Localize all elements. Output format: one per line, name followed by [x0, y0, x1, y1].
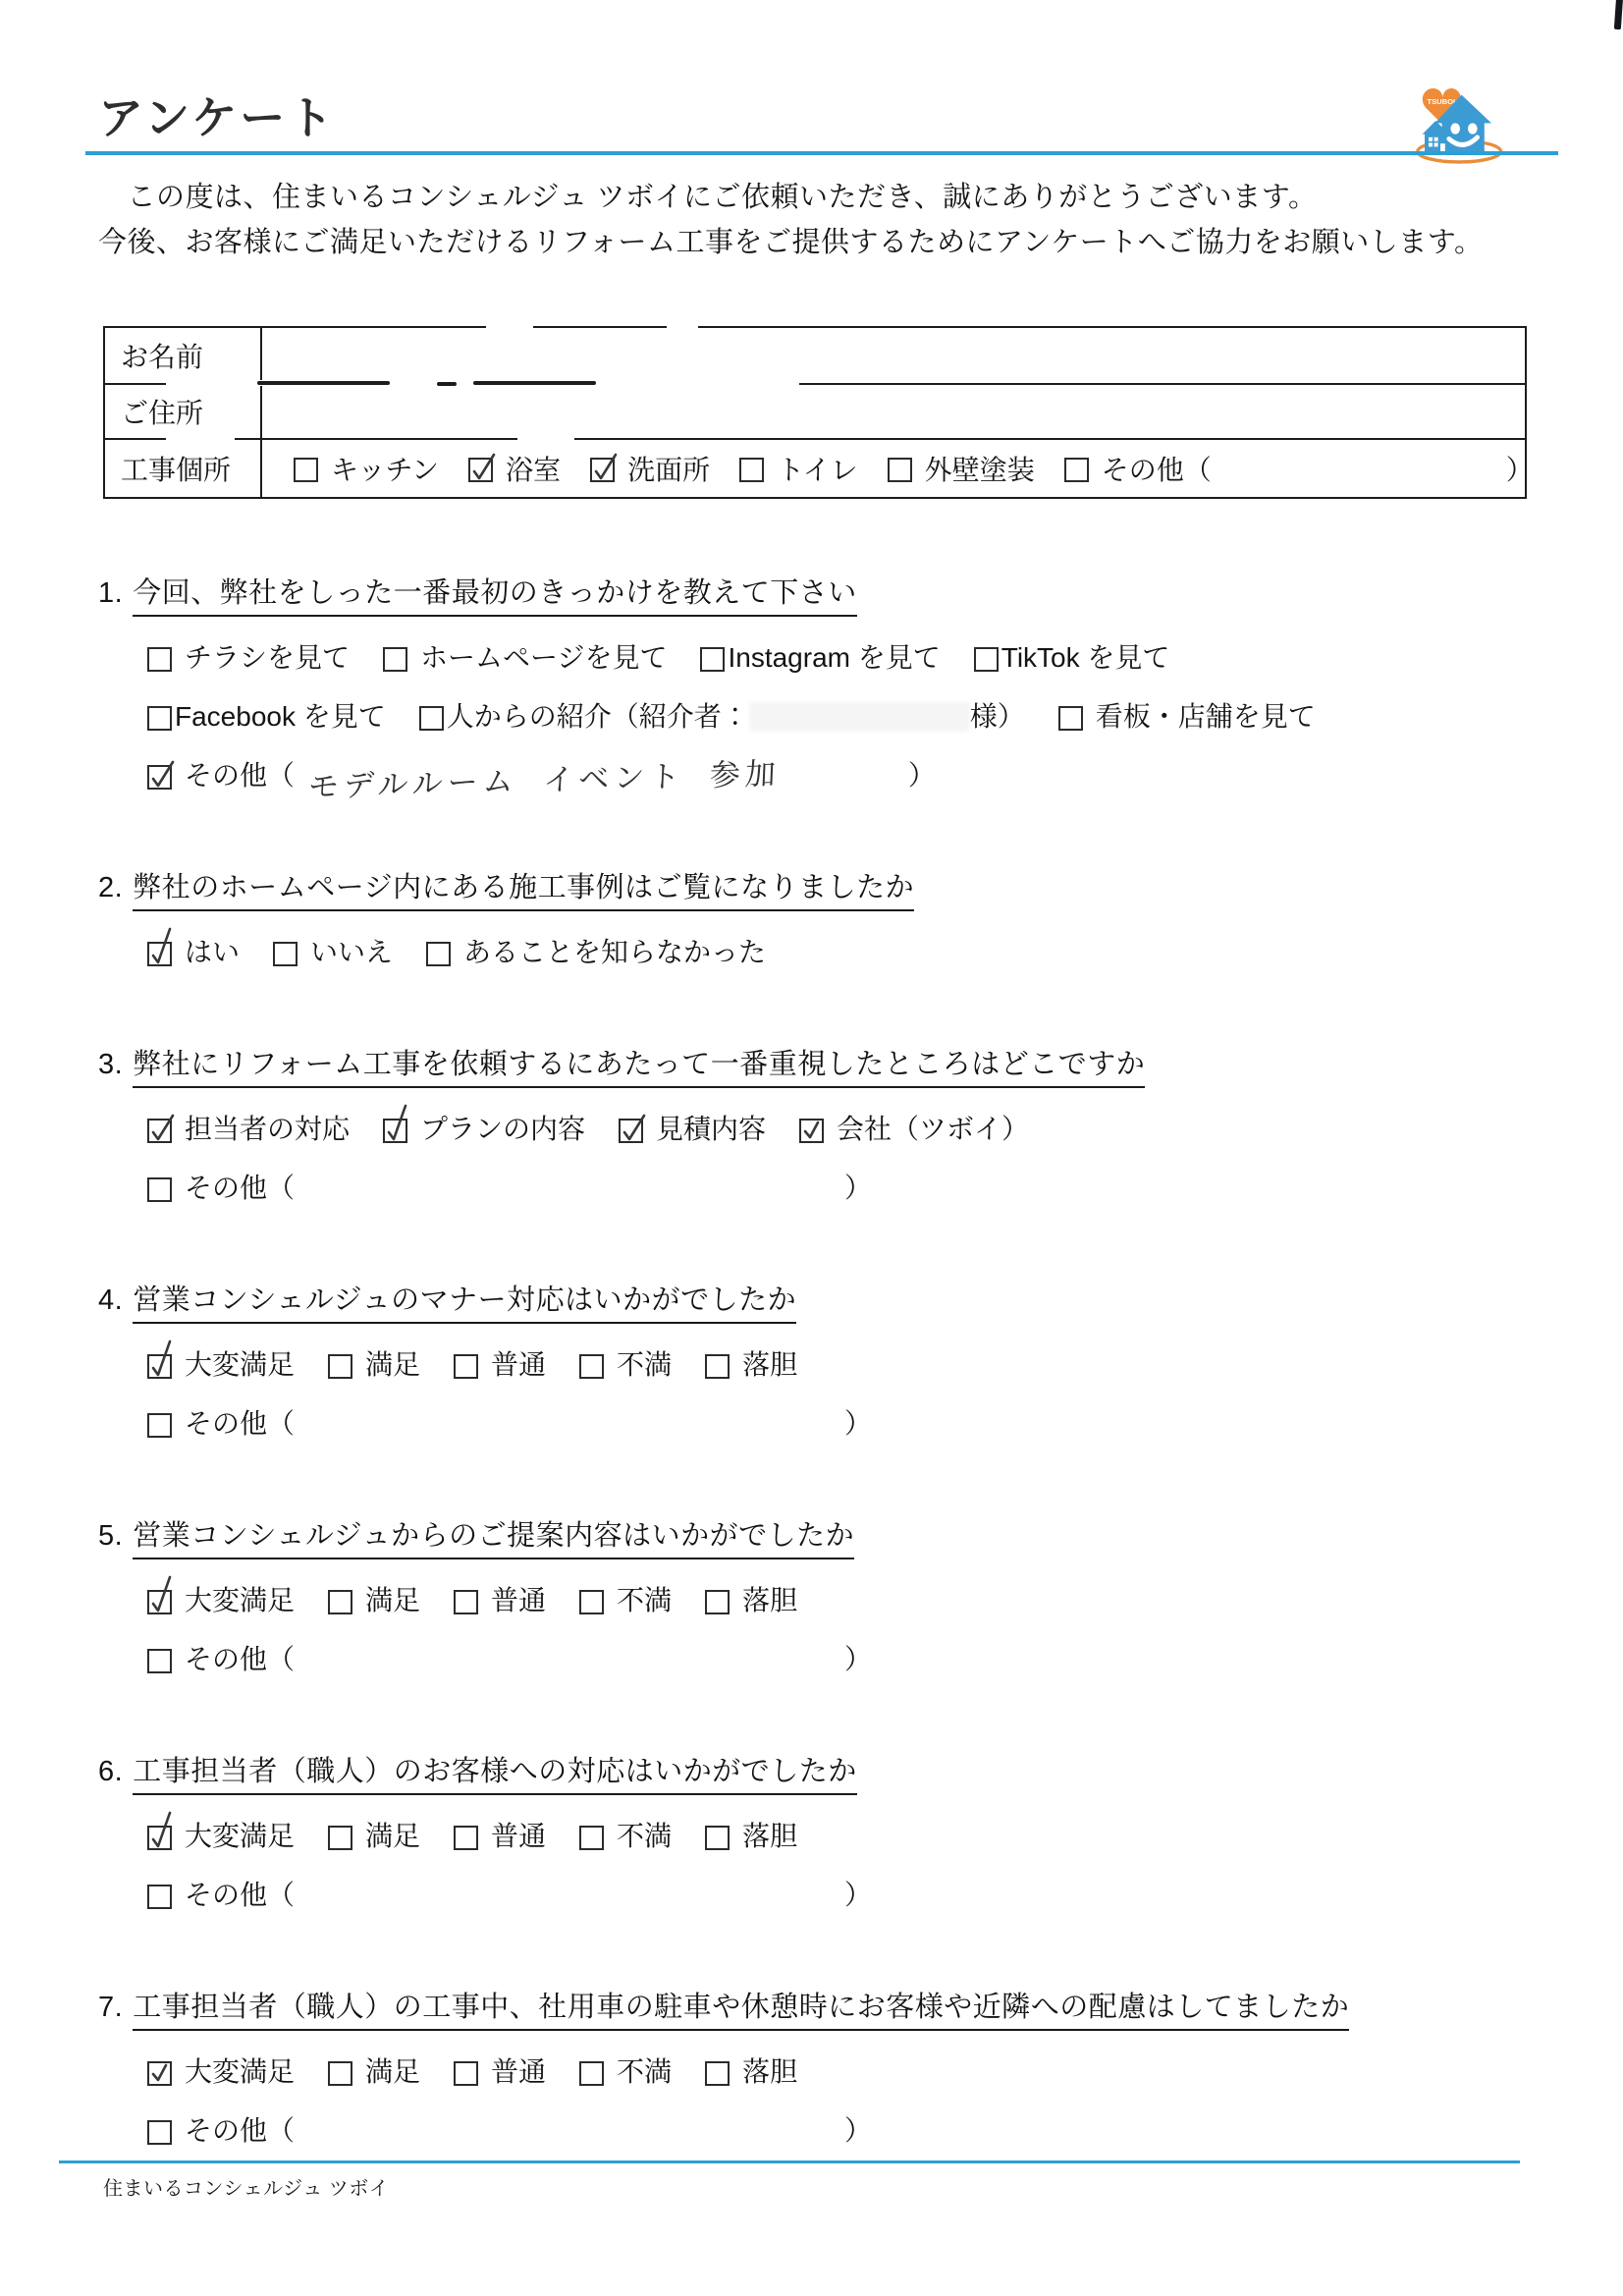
question-7: 7.工事担当者（職人）の工事中、社用車の駐車や休憩時にお客様や近隣への配慮はして… — [98, 1990, 1554, 2149]
checkbox-option[interactable]: 洗面所 — [590, 449, 710, 488]
option-label: 不満 — [617, 1819, 672, 1854]
option-label: 大変満足 — [185, 1819, 295, 1854]
checkbox-option[interactable]: Instagram を見て — [700, 640, 940, 676]
checkbox[interactable] — [328, 1354, 352, 1379]
option-suffix: ） — [844, 1406, 872, 1442]
option-label: いいえ — [310, 935, 393, 970]
checkbox-checked[interactable] — [799, 1119, 824, 1143]
checkbox[interactable] — [147, 1885, 172, 1909]
intro-text: この度は、住まいるコンシェルジュ ツボイにご依頼いただき、誠にありがとうございま… — [98, 175, 1554, 265]
option-suffix: ） — [844, 2113, 872, 2149]
option-label: 大変満足 — [185, 1347, 295, 1383]
question-heading: 2.弊社のホームページ内にある施工事例はご覧になりましたか — [98, 870, 1554, 911]
address-value-field[interactable] — [262, 385, 1525, 438]
checkbox-option[interactable]: その他（） — [147, 1171, 872, 1206]
option-label: Instagram を見て — [728, 640, 940, 676]
question-number: 6. — [98, 1754, 123, 1789]
checkbox-option[interactable]: 普通 — [454, 1583, 546, 1618]
question-title: 弊社のホームページ内にある施工事例はご覧になりましたか — [133, 870, 914, 911]
checkbox-option[interactable]: 担当者の対応 — [147, 1112, 350, 1147]
work-location-options: キッチン浴室洗面所トイレ外壁塗装その他（） — [262, 440, 1534, 497]
checkbox-option[interactable]: 看板・店舗を見て — [1058, 699, 1316, 735]
question-number: 3. — [98, 1047, 123, 1082]
checkbox[interactable] — [419, 706, 444, 731]
question-heading: 4.営業コンシェルジュのマナー対応はいかがでしたか — [98, 1283, 1554, 1324]
checkbox-checked[interactable] — [147, 1354, 172, 1379]
checkbox[interactable] — [705, 1590, 730, 1614]
checkbox-option[interactable]: 満足 — [328, 2054, 420, 2090]
option-label: 外壁塗装 — [925, 449, 1035, 488]
name-value-field[interactable] — [262, 328, 1525, 383]
checkbox[interactable] — [579, 1826, 604, 1850]
checkbox-checked[interactable] — [147, 2061, 172, 2086]
checkbox-option[interactable]: 不満 — [579, 1819, 672, 1854]
handwritten-check-icon — [149, 1356, 171, 1378]
option-label: 不満 — [617, 1347, 672, 1383]
scanned-survey-sheet: TSUBOI アンケート この度は、住まいるコンシェルジュ ツボイにご依頼いただ… — [0, 0, 1623, 2296]
redaction-mark — [257, 381, 390, 385]
question-6: 6.工事担当者（職人）のお客様への対応はいかがでしたか大変満足満足普通不満落胆そ… — [98, 1754, 1554, 1913]
question-3: 3.弊社にリフォーム工事を依頼するにあたって一番重視したところはどこですか担当者… — [98, 1047, 1554, 1206]
option-row: その他（モデルルーム イベント 参加） — [98, 758, 1554, 793]
checkbox-option[interactable]: その他（） — [147, 1642, 872, 1677]
option-suffix: ） — [844, 1878, 872, 1913]
checkbox[interactable] — [294, 458, 318, 482]
question-heading: 5.営業コンシェルジュからのご提案内容はいかがでしたか — [98, 1518, 1554, 1559]
option-label: 看板・店舗を見て — [1096, 699, 1316, 735]
option-label: Facebook を見て — [175, 699, 386, 735]
redaction-patch — [667, 325, 698, 331]
checkbox[interactable] — [383, 647, 407, 672]
question-number: 1. — [98, 575, 123, 611]
question-number: 7. — [98, 1990, 123, 2025]
handwritten-check-icon — [801, 1121, 823, 1142]
handwritten-check-icon — [621, 1121, 642, 1142]
question-5: 5.営業コンシェルジュからのご提案内容はいかがでしたか大変満足満足普通不満落胆そ… — [98, 1518, 1554, 1677]
handwritten-check-icon — [149, 944, 171, 965]
option-label: 満足 — [365, 1347, 420, 1383]
option-label: 浴室 — [506, 449, 561, 488]
option-row: その他（） — [98, 2113, 1554, 2149]
option-label: TikTok を見て — [1001, 640, 1170, 676]
checkbox-option[interactable]: いいえ — [273, 935, 393, 970]
checkbox-option[interactable]: キッチン — [294, 449, 439, 488]
option-label: その他（ — [185, 1642, 295, 1677]
option-label: 不満 — [617, 2054, 672, 2090]
question-heading: 7.工事担当者（職人）の工事中、社用車の駐車や休憩時にお客様や近隣への配慮はして… — [98, 1990, 1554, 2031]
option-row: 大変満足満足普通不満落胆 — [98, 1583, 1554, 1618]
checkbox[interactable] — [1064, 458, 1089, 482]
checkbox[interactable] — [147, 1649, 172, 1673]
checkbox-option[interactable]: トイレ — [739, 449, 858, 488]
option-label: 落胆 — [742, 2054, 797, 2090]
checkbox-option[interactable]: あることを知らなかった — [426, 935, 766, 970]
checkbox-option[interactable]: 浴室 — [468, 449, 561, 488]
option-label: 人からの紹介（紹介者： — [447, 699, 749, 735]
checkbox-option[interactable]: はい — [147, 935, 240, 970]
option-label: 普通 — [491, 1583, 546, 1618]
option-row: はいいいえあることを知らなかった — [98, 935, 1554, 970]
checkbox[interactable] — [426, 942, 451, 966]
checkbox-option[interactable]: 満足 — [328, 1819, 420, 1854]
question-title: 今回、弊社をしった一番最初のきっかけを教えて下さい — [133, 575, 857, 617]
checkbox-checked[interactable] — [147, 1826, 172, 1850]
option-suffix: ） — [1506, 449, 1534, 488]
option-label: キッチン — [331, 449, 439, 488]
option-row: その他（） — [98, 1642, 1554, 1677]
checkbox[interactable] — [579, 2061, 604, 2086]
option-label: その他（ — [185, 758, 295, 793]
option-label: ホームページを見て — [420, 640, 667, 676]
checkbox[interactable] — [328, 1590, 352, 1614]
checkbox[interactable] — [974, 647, 999, 672]
checkbox-option[interactable]: 満足 — [328, 1347, 420, 1383]
option-row: Facebook を見て人からの紹介（紹介者：様）看板・店舗を見て — [98, 699, 1554, 735]
question-number: 2. — [98, 870, 123, 905]
option-label: 普通 — [491, 1819, 546, 1854]
option-label: プランの内容 — [420, 1112, 585, 1147]
question-heading: 6.工事担当者（職人）のお客様への対応はいかがでしたか — [98, 1754, 1554, 1795]
option-label: 不満 — [617, 1583, 672, 1618]
checkbox[interactable] — [705, 2061, 730, 2086]
checkbox-option[interactable]: 見積内容 — [619, 1112, 766, 1147]
option-label: 落胆 — [742, 1583, 797, 1618]
question-title: 営業コンシェルジュのマナー対応はいかがでしたか — [133, 1283, 796, 1324]
intro-line-2: 今後、お客様にご満足いただけるリフォーム工事をご提供するためにアンケートへご協力… — [98, 220, 1554, 265]
checkbox[interactable] — [454, 1826, 478, 1850]
option-label: その他（ — [185, 1406, 295, 1442]
option-label: トイレ — [777, 449, 858, 488]
checkbox[interactable] — [579, 1590, 604, 1614]
checkbox-option[interactable]: その他（） — [147, 2113, 872, 2149]
redaction-mark — [473, 381, 596, 385]
checkbox[interactable] — [328, 2061, 352, 2086]
checkbox[interactable] — [328, 1826, 352, 1850]
option-label: あることを知らなかった — [463, 935, 766, 970]
option-suffix: ） — [844, 1642, 872, 1677]
option-suffix: 様） — [970, 699, 1025, 735]
blank-space[interactable] — [295, 1645, 844, 1674]
checkbox-option[interactable]: プランの内容 — [383, 1112, 585, 1147]
checkbox[interactable] — [888, 458, 912, 482]
blank-space[interactable] — [295, 1881, 844, 1910]
handwritten-check-icon — [149, 1121, 171, 1142]
checkbox[interactable] — [705, 1354, 730, 1379]
blank-space[interactable] — [749, 702, 970, 732]
question-1: 1.今回、弊社をしった一番最初のきっかけを教えて下さいチラシを見てホームページを… — [98, 575, 1554, 793]
footer-divider — [59, 2160, 1520, 2163]
checkbox-option[interactable]: 大変満足 — [147, 2054, 295, 2090]
blank-space[interactable] — [295, 2116, 844, 2146]
option-label: 落胆 — [742, 1347, 797, 1383]
option-suffix: ） — [844, 1171, 872, 1206]
redaction-patch — [486, 325, 533, 331]
option-row: その他（） — [98, 1171, 1554, 1206]
checkbox-option[interactable]: 普通 — [454, 2054, 546, 2090]
checkbox-option[interactable]: ホームページを見て — [383, 640, 667, 676]
question-4: 4.営業コンシェルジュのマナー対応はいかがでしたか大変満足満足普通不満落胆その他… — [98, 1283, 1554, 1442]
option-row: 担当者の対応プランの内容見積内容会社（ツボイ） — [98, 1112, 1554, 1147]
name-row: お名前 — [105, 328, 1525, 383]
checkbox-option[interactable]: 普通 — [454, 1819, 546, 1854]
question-title: 工事担当者（職人）の工事中、社用車の駐車や休憩時にお客様や近隣への配慮はしてまし… — [133, 1990, 1349, 2031]
option-label: 落胆 — [742, 1819, 797, 1854]
checkbox-option[interactable]: 満足 — [328, 1583, 420, 1618]
option-label: その他（ — [185, 2113, 295, 2149]
work-location-label: 工事個所 — [105, 440, 262, 497]
checkbox[interactable] — [705, 1826, 730, 1850]
page-title: アンケート — [98, 94, 1554, 141]
checkbox-option[interactable]: 落胆 — [705, 1347, 797, 1383]
option-label: 大変満足 — [185, 2054, 295, 2090]
blank-space[interactable] — [295, 1409, 844, 1439]
checkbox-option[interactable]: 落胆 — [705, 2054, 797, 2090]
option-label: 洗面所 — [627, 449, 710, 488]
checkbox-checked[interactable] — [590, 458, 615, 482]
option-label: 見積内容 — [656, 1112, 766, 1147]
checkbox-option[interactable]: その他（） — [1064, 449, 1534, 488]
checkbox-option[interactable]: 会社（ツボイ） — [799, 1112, 1029, 1147]
checkbox-option[interactable]: 落胆 — [705, 1819, 797, 1854]
checkbox[interactable] — [1058, 706, 1083, 731]
redaction-patch — [517, 435, 574, 441]
handwritten-answer: モデルルーム イベント 参加 — [307, 756, 781, 804]
checkbox-checked[interactable] — [383, 1119, 407, 1143]
option-row: その他（） — [98, 1878, 1554, 1913]
checkbox[interactable] — [147, 2120, 172, 2145]
checkbox-option[interactable]: 大変満足 — [147, 1583, 295, 1618]
intro-line-1: この度は、住まいるコンシェルジュ ツボイにご依頼いただき、誠にありがとうございま… — [98, 175, 1554, 220]
title-divider — [85, 151, 1558, 155]
option-label: 会社（ツボイ） — [837, 1112, 1029, 1147]
checkbox-checked[interactable] — [468, 458, 493, 482]
question-2: 2.弊社のホームページ内にある施工事例はご覧になりましたかはいいいえあることを知… — [98, 870, 1554, 970]
blank-space[interactable] — [295, 1174, 844, 1203]
checkbox-option[interactable]: 落胆 — [705, 1583, 797, 1618]
option-label: 普通 — [491, 2054, 546, 2090]
option-label: 担当者の対応 — [185, 1112, 350, 1147]
option-label: 普通 — [491, 1347, 546, 1383]
redaction-mark — [437, 382, 457, 386]
question-number: 5. — [98, 1518, 123, 1554]
checkbox-checked[interactable] — [147, 942, 172, 966]
option-label: 大変満足 — [185, 1583, 295, 1618]
checkbox-option[interactable]: 不満 — [579, 1347, 672, 1383]
handwritten-check-icon — [592, 460, 614, 481]
checkbox-checked[interactable] — [147, 765, 172, 790]
footer: 住まいるコンシェルジュ ツボイ — [0, 2160, 1623, 2201]
address-row: ご住所 — [105, 383, 1525, 438]
checkbox-option[interactable]: 不満 — [579, 1583, 672, 1618]
option-label: はい — [185, 935, 240, 970]
option-label: 満足 — [365, 1819, 420, 1854]
redaction-patch — [166, 435, 235, 441]
checkbox[interactable] — [579, 1354, 604, 1379]
option-label: 満足 — [365, 2054, 420, 2090]
checkbox[interactable] — [147, 1177, 172, 1202]
question-title: 弊社にリフォーム工事を依頼するにあたって一番重視したところはどこですか — [133, 1047, 1145, 1088]
checkbox-option[interactable]: TikTok を見て — [974, 640, 1170, 676]
checkbox[interactable] — [147, 647, 172, 672]
handwritten-check-icon — [149, 1828, 171, 1849]
blank-space[interactable] — [781, 761, 908, 791]
option-label: その他（ — [1102, 449, 1212, 488]
checkbox-option[interactable]: 人からの紹介（紹介者：様） — [419, 699, 1025, 735]
option-label: その他（ — [185, 1878, 295, 1913]
checkbox[interactable] — [739, 458, 764, 482]
name-label: お名前 — [105, 328, 262, 383]
checkbox[interactable] — [147, 706, 172, 731]
header: アンケート この度は、住まいるコンシェルジュ ツボイにご依頼いただき、誠にありが… — [98, 0, 1554, 265]
handwritten-check-icon — [149, 2063, 171, 2085]
checkbox-option[interactable]: 普通 — [454, 1347, 546, 1383]
work-location-row: 工事個所 キッチン浴室洗面所トイレ外壁塗装その他（） — [105, 438, 1525, 497]
customer-info-table: お名前 ご住所 工事個所 キッチン浴室洗面所トイレ外壁塗装その他（） — [103, 326, 1527, 499]
footer-company-name: 住まいるコンシェルジュ ツボイ — [103, 2172, 1623, 2201]
option-label: その他（ — [185, 1171, 295, 1206]
question-heading: 3.弊社にリフォーム工事を依頼するにあたって一番重視したところはどこですか — [98, 1047, 1554, 1088]
question-title: 工事担当者（職人）のお客様への対応はいかがでしたか — [133, 1754, 857, 1795]
checkbox-option[interactable]: Facebook を見て — [147, 699, 386, 735]
checkbox-option[interactable]: 不満 — [579, 2054, 672, 2090]
handwritten-check-icon — [470, 460, 492, 481]
checkbox-option[interactable]: その他（） — [147, 1406, 872, 1442]
handwritten-check-icon — [149, 767, 171, 789]
checkbox-option[interactable]: 大変満足 — [147, 1819, 295, 1854]
option-row: 大変満足満足普通不満落胆 — [98, 2054, 1554, 2090]
option-label: チラシを見て — [185, 640, 350, 676]
checkbox-option[interactable]: その他（モデルルーム イベント 参加） — [147, 758, 936, 793]
handwritten-check-icon — [385, 1121, 406, 1142]
checkbox-option[interactable]: その他（） — [147, 1878, 872, 1913]
option-label: 満足 — [365, 1583, 420, 1618]
question-title: 営業コンシェルジュからのご提案内容はいかがでしたか — [133, 1518, 854, 1559]
checkbox-checked[interactable] — [619, 1119, 643, 1143]
checkbox[interactable] — [454, 1590, 478, 1614]
checkbox-option[interactable]: チラシを見て — [147, 640, 350, 676]
option-row: 大変満足満足普通不満落胆 — [98, 1819, 1554, 1854]
handwritten-check-icon — [149, 1592, 171, 1613]
checkbox-option[interactable]: 大変満足 — [147, 1347, 295, 1383]
checkbox[interactable] — [147, 1413, 172, 1438]
checkbox[interactable] — [700, 647, 725, 672]
question-number: 4. — [98, 1283, 123, 1318]
option-row: その他（） — [98, 1406, 1554, 1442]
checkbox[interactable] — [273, 942, 298, 966]
question-list: 1.今回、弊社をしった一番最初のきっかけを教えて下さいチラシを見てホームページを… — [98, 575, 1554, 2149]
checkbox-checked[interactable] — [147, 1119, 172, 1143]
checkbox-checked[interactable] — [147, 1590, 172, 1614]
checkbox[interactable] — [454, 1354, 478, 1379]
option-row: 大変満足満足普通不満落胆 — [98, 1347, 1554, 1383]
option-suffix: ） — [908, 758, 936, 793]
option-row: チラシを見てホームページを見てInstagram を見てTikTok を見て — [98, 640, 1554, 676]
address-label: ご住所 — [105, 385, 262, 438]
blank-space[interactable] — [1212, 454, 1506, 483]
question-heading: 1.今回、弊社をしった一番最初のきっかけを教えて下さい — [98, 575, 1554, 617]
checkbox[interactable] — [454, 2061, 478, 2086]
checkbox-option[interactable]: 外壁塗装 — [888, 449, 1035, 488]
